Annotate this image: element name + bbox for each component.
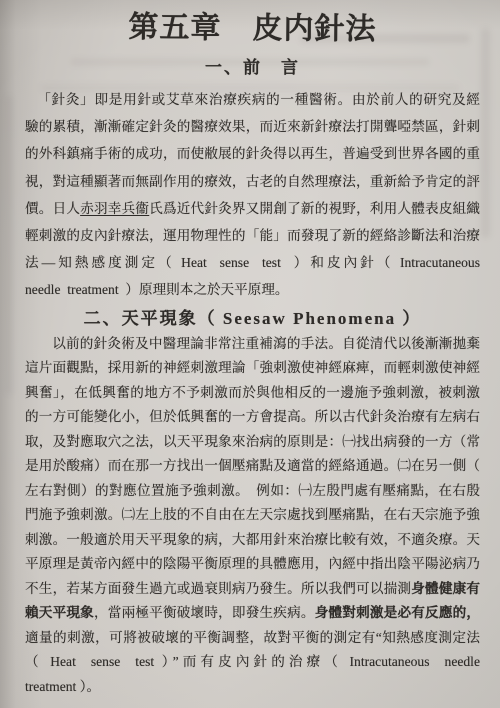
text-segment: 興奮」，在低興奮的地方不予刺激而於與他相反的一邊施予強刺激，被刺激 — [25, 385, 480, 400]
text-segment: （ Heat sense test ）”而有皮內針的治療（ Intracutan… — [25, 654, 480, 669]
section-heading: 二、天平現象（ Seesaw Phenomena ） — [25, 307, 480, 330]
sections-container: 一、前 言「針灸」即是用針或艾草來治療疾病的一種醫術。由於前人的研究及經驗的累積… — [25, 56, 480, 699]
text-segment: 賴天平現象 — [25, 605, 94, 620]
text-line: 取，及對應取穴之法，以天平現象來治病的原則是：㈠找出病發的一方（常 — [25, 430, 480, 455]
chapter-title: 第五章 皮内針法 — [25, 8, 480, 50]
text-line: 法—知熱感度測定（ Heat sense test ）和皮內針（ Intracu… — [25, 249, 480, 276]
text-segment: 是用於酸痛）而在那一方找出一個壓痛點及適當的經絡通過。㈡在另一側（ — [25, 458, 480, 473]
text-line: （ Heat sense test ）”而有皮內針的治療（ Intracutan… — [25, 650, 480, 675]
book-page: 第五章 皮内針法 一、前 言「針灸」即是用針或艾草來治療疾病的一種醫術。由於前人… — [0, 0, 500, 708]
text-line: 的外科鎮痛手術的成功，而使敝展的針灸得以再生，普遍受到世界各國的重 — [25, 140, 480, 167]
text-segment: 平原理是黃帝內經中的陰陽平衡原理的具體應用，內經中指出陰平陽泌病乃 — [25, 556, 480, 571]
text-line: 刺激。一般適於用天平現象的病，大都用針來治療比較有效，不適灸療。天 — [25, 528, 480, 553]
text-line: 這片面觀點，採用新的神經刺激理論「強刺激使神經麻痺，而輕刺激使神經 — [25, 356, 480, 381]
text-segment: 取，及對應取穴之法，以天平現象來治病的原則是：㈠找出病發的一方（常 — [25, 434, 480, 449]
text-segment: 身體健康有 — [411, 581, 480, 596]
text-line: 價。日人赤羽幸兵衞氏爲近代針灸界又開創了新的視野，利用人體表皮組織 — [25, 195, 480, 222]
text-segment: 法—知熱感度測定（ Heat sense test ）和皮內針（ Intracu… — [25, 255, 480, 270]
text-line: treatment ）。 — [25, 675, 480, 700]
text-line: 適量的刺激，可將被破壞的平衡調整，故對平衡的測定有“知熱感度測定法 — [25, 626, 480, 651]
text-segment: ，當兩極平衡破壞時，即發生疾病。 — [94, 605, 315, 620]
text-line: 興奮」，在低興奮的地方不予刺激而於與他相反的一邊施予強刺激，被刺激 — [25, 381, 480, 406]
text-line: 不生，若某方面發生過亢或過衰則病乃發生。所以我們可以揣測身體健康有 — [25, 577, 480, 602]
paragraph: 「針灸」即是用針或艾草來治療疾病的一種醫術。由於前人的研究及經驗的累積，漸漸確定… — [25, 86, 480, 304]
text-segment: 門施予強刺激。㈡左上肢的不自由在左天宗處找到壓痛點，在右天宗施予強 — [25, 507, 480, 522]
bleedthrough-artifact — [5, 95, 13, 395]
text-segment: 「針灸」即是用針或艾草來治療疾病的一種醫術。由於前人的研究及經 — [37, 92, 480, 107]
text-segment: 的一方可能變化小，但於低興奮的一方會提高。所以古代針灸治療有左病右 — [25, 409, 480, 424]
text-line: 以前的針灸術及中醫理論非常注重補瀉的手法。自從清代以後漸漸拋棄 — [25, 332, 480, 357]
text-segment: 刺激。一般適於用天平現象的病，大都用針來治療比較有效，不適灸療。天 — [25, 532, 480, 547]
text-line: 「針灸」即是用針或艾草來治療疾病的一種醫術。由於前人的研究及經 — [25, 86, 480, 113]
text-segment: 氏爲近代針灸界又開創了新的視野，利用人體表皮組織 — [149, 201, 480, 216]
text-line: 賴天平現象，當兩極平衡破壞時，即發生疾病。身體對刺激是必有反應的， — [25, 601, 480, 626]
text-segment: 身體對刺激是必有反應的， — [315, 605, 480, 620]
text-segment: treatment ）。 — [25, 679, 100, 694]
section: 二、天平現象（ Seesaw Phenomena ）以前的針灸術及中醫理論非常注… — [25, 307, 480, 700]
text-segment: 這片面觀點，採用新的神經刺激理論「強刺激使神經麻痺，而輕刺激使神經 — [25, 360, 480, 375]
text-line: 是用於酸痛）而在那一方找出一個壓痛點及適當的經絡通過。㈡在另一側（ — [25, 454, 480, 479]
text-line: 左右對側）的對應位置施予強刺激。 例如：㈠左殷門處有壓痛點，在右殷 — [25, 479, 480, 504]
text-segment: needle treatment ）原理則本之於天平原理。 — [25, 282, 289, 297]
text-line: 平原理是黃帝內經中的陰陽平衡原理的具體應用，內經中指出陰平陽泌病乃 — [25, 552, 480, 577]
paragraph: 以前的針灸術及中醫理論非常注重補瀉的手法。自從清代以後漸漸拋棄這片面觀點，採用新… — [25, 332, 480, 700]
text-line: 門施予強刺激。㈡左上肢的不自由在左天宗處找到壓痛點，在右天宗施予強 — [25, 503, 480, 528]
text-segment: 不生，若某方面發生過亢或過衰則病乃發生。所以我們可以揣測 — [25, 581, 411, 596]
text-line: 驗的累積，漸漸確定針灸的醫療效果，而近來新針療法打開聾啞禁區，針刺 — [25, 113, 480, 140]
person-name: 赤羽幸兵衞 — [80, 201, 149, 216]
text-segment: 的外科鎮痛手術的成功，而使敝展的針灸得以再生，普遍受到世界各國的重 — [25, 146, 480, 161]
text-segment: 驗的累積，漸漸確定針灸的醫療效果，而近來新針療法打開聾啞禁區，針刺 — [25, 119, 480, 134]
text-line: 視，對這種顯著而無副作用的療效，古老的自然理療法，重新給予肯定的評 — [25, 168, 480, 195]
text-segment: 左右對側）的對應位置施予強刺激。 例如：㈠左殷門處有壓痛點，在右殷 — [25, 483, 480, 498]
text-segment: 價。日人 — [25, 201, 80, 216]
text-segment: 以前的針灸術及中醫理論非常注重補瀉的手法。自從清代以後漸漸拋棄 — [52, 336, 480, 351]
text-line: 的一方可能變化小，但於低興奮的一方會提高。所以古代針灸治療有左病右 — [25, 405, 480, 430]
section-heading: 一、前 言 — [25, 56, 480, 80]
text-line: needle treatment ）原理則本之於天平原理。 — [25, 276, 480, 303]
text-segment: 輕刺激的皮內針療法，運用物理性的「能」而發現了新的經絡診斷法和治療 — [25, 228, 480, 243]
text-line: 輕刺激的皮內針療法，運用物理性的「能」而發現了新的經絡診斷法和治療 — [25, 222, 480, 249]
page-content: 第五章 皮内針法 一、前 言「針灸」即是用針或艾草來治療疾病的一種醫術。由於前人… — [25, 4, 480, 699]
text-segment: 適量的刺激，可將被破壞的平衡調整，故對平衡的測定有“知熱感度測定法 — [25, 630, 480, 645]
section: 一、前 言「針灸」即是用針或艾草來治療疾病的一種醫術。由於前人的研究及經驗的累積… — [25, 56, 480, 304]
bleedthrough-artifact — [481, 28, 490, 238]
text-segment: 視，對這種顯著而無副作用的療效，古老的自然理療法，重新給予肯定的評 — [25, 174, 480, 189]
